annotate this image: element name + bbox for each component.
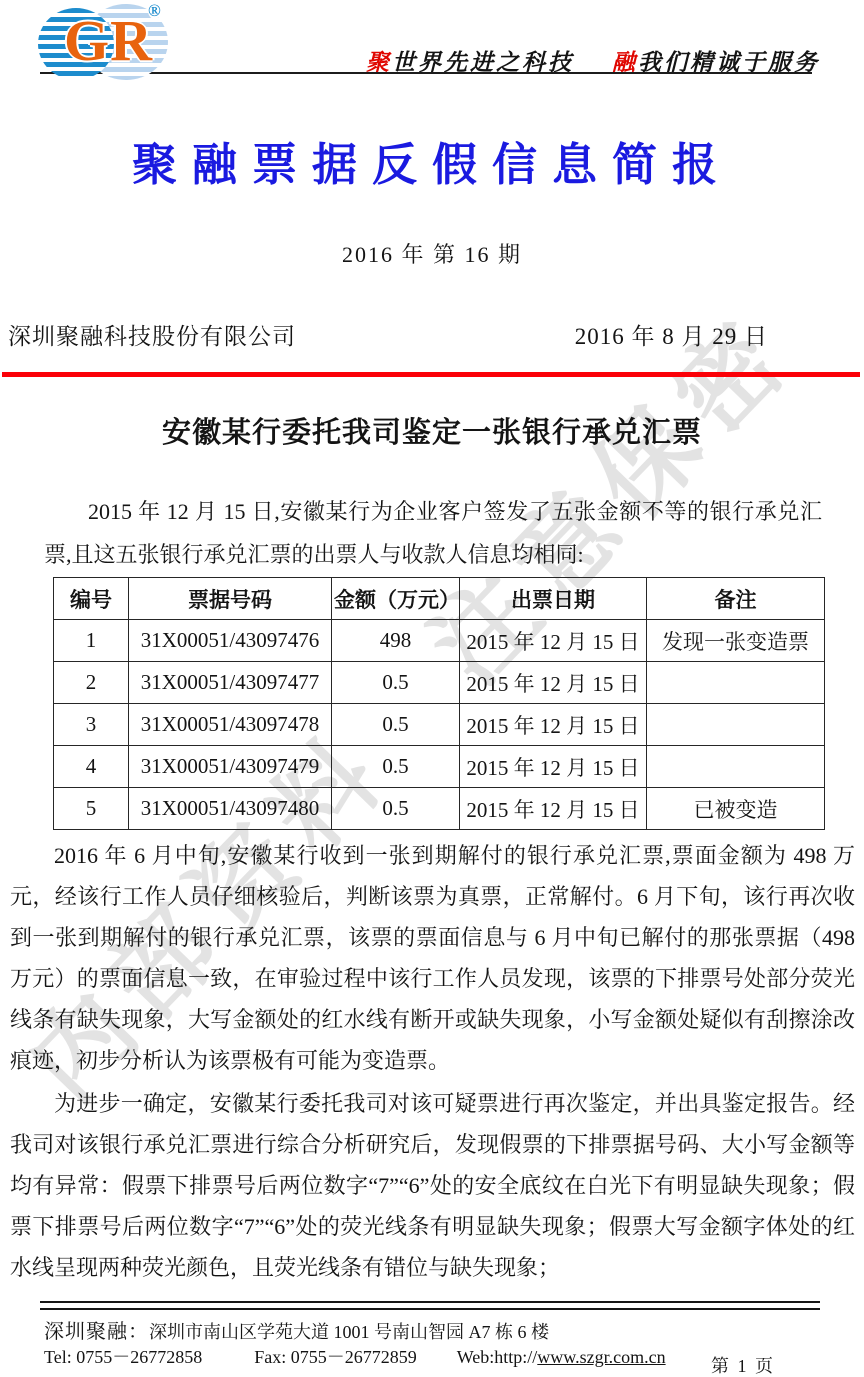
table-row: 4 31X00051/43097479 0.5 2015 年 12 月 15 日: [54, 746, 825, 788]
bulletin-title: 聚融票据反假信息简报: [0, 128, 864, 193]
cell-issue-date: 2015 年 12 月 15 日: [460, 704, 647, 746]
col-header-amount: 金额（万元）: [332, 578, 460, 620]
cell-issue-date: 2015 年 12 月 15 日: [460, 746, 647, 788]
cell-remark: [647, 704, 825, 746]
footer-rule: [40, 1301, 820, 1310]
letterhead-rule: [40, 72, 812, 74]
cell-amount: 0.5: [332, 746, 460, 788]
publish-date: 2016 年 8 月 29 日: [575, 318, 768, 351]
page-number: 第 1 页: [711, 1352, 775, 1377]
cell-remark: [647, 662, 825, 704]
footer-address: 深圳聚融：深圳市南山区学苑大道 1001 号南山智园 A7 栋 6 楼: [44, 1315, 549, 1344]
col-header-bill-no: 票据号码: [129, 578, 332, 620]
cell-bill-no: 31X00051/43097479: [129, 746, 332, 788]
registered-trademark-icon: ®: [148, 2, 161, 19]
cell-bill-no: 31X00051/43097476: [129, 620, 332, 662]
cell-number: 3: [54, 704, 129, 746]
table-row: 3 31X00051/43097478 0.5 2015 年 12 月 15 日: [54, 704, 825, 746]
table-row: 2 31X00051/43097477 0.5 2015 年 12 月 15 日: [54, 662, 825, 704]
footer-fax: Fax: 0755－26772859: [254, 1347, 417, 1367]
cell-number: 5: [54, 788, 129, 830]
col-header-issue-date: 出票日期: [460, 578, 647, 620]
document-page: 内部资料 注意保密 GR ® 聚世界先进之科技融我们精诚于服务 聚融票据反假信息…: [0, 0, 864, 1377]
cell-amount: 0.5: [332, 704, 460, 746]
table-row: 5 31X00051/43097480 0.5 2015 年 12 月 15 日…: [54, 788, 825, 830]
cell-amount: 498: [332, 620, 460, 662]
col-header-number: 编号: [54, 578, 129, 620]
logo-text: GR: [64, 10, 153, 72]
table-header-row: 编号 票据号码 金额（万元） 出票日期 备注: [54, 578, 825, 620]
company-logo: GR ®: [28, 2, 188, 82]
article-heading: 安徽某行委托我司鉴定一张银行承兑汇票: [0, 410, 864, 451]
article-paragraph-3: 为进步一确定，安徽某行委托我司对该可疑票进行再次鉴定，并出具鉴定报告。经我司对该…: [10, 1083, 855, 1288]
cell-bill-no: 31X00051/43097478: [129, 704, 332, 746]
footer-address-text: 深圳市南山区学苑大道 1001 号南山智园 A7 栋 6 楼: [149, 1322, 549, 1342]
footer-tel: Tel: 0755－26772858: [44, 1347, 202, 1367]
cell-issue-date: 2015 年 12 月 15 日: [460, 620, 647, 662]
footer-web: Web:http://www.szgr.com.cn: [457, 1347, 666, 1367]
red-divider: [2, 372, 860, 377]
footer-web-prefix: Web:http://: [457, 1347, 538, 1367]
issue-number: 2016 年 第 16 期: [0, 238, 864, 269]
footer-contact: Tel: 0755－26772858Fax: 0755－26772859Web:…: [44, 1343, 666, 1369]
cell-number: 4: [54, 746, 129, 788]
cell-bill-no: 31X00051/43097480: [129, 788, 332, 830]
website-link[interactable]: www.szgr.com.cn: [537, 1347, 665, 1367]
col-header-remark: 备注: [647, 578, 825, 620]
cell-issue-date: 2015 年 12 月 15 日: [460, 788, 647, 830]
article-paragraph-2: 2016 年 6 月中旬,安徽某行收到一张到期解付的银行承兑汇票,票面金额为 4…: [10, 835, 855, 1081]
footer-address-label: 深圳聚融：: [44, 1321, 149, 1343]
bill-table: 编号 票据号码 金额（万元） 出票日期 备注 1 31X00051/430974…: [53, 577, 825, 830]
cell-bill-no: 31X00051/43097477: [129, 662, 332, 704]
publisher-row: 深圳聚融科技股份有限公司 2016 年 8 月 29 日: [8, 318, 768, 351]
cell-issue-date: 2015 年 12 月 15 日: [460, 662, 647, 704]
article-paragraph-1: 2015 年 12 月 15 日,安徽某行为企业客户签发了五张金额不等的银行承兑…: [44, 490, 822, 576]
cell-remark: 发现一张变造票: [647, 620, 825, 662]
cell-amount: 0.5: [332, 662, 460, 704]
cell-amount: 0.5: [332, 788, 460, 830]
publisher-name: 深圳聚融科技股份有限公司: [8, 318, 296, 351]
cell-remark: 已被变造: [647, 788, 825, 830]
cell-number: 1: [54, 620, 129, 662]
cell-number: 2: [54, 662, 129, 704]
cell-remark: [647, 746, 825, 788]
table-row: 1 31X00051/43097476 498 2015 年 12 月 15 日…: [54, 620, 825, 662]
